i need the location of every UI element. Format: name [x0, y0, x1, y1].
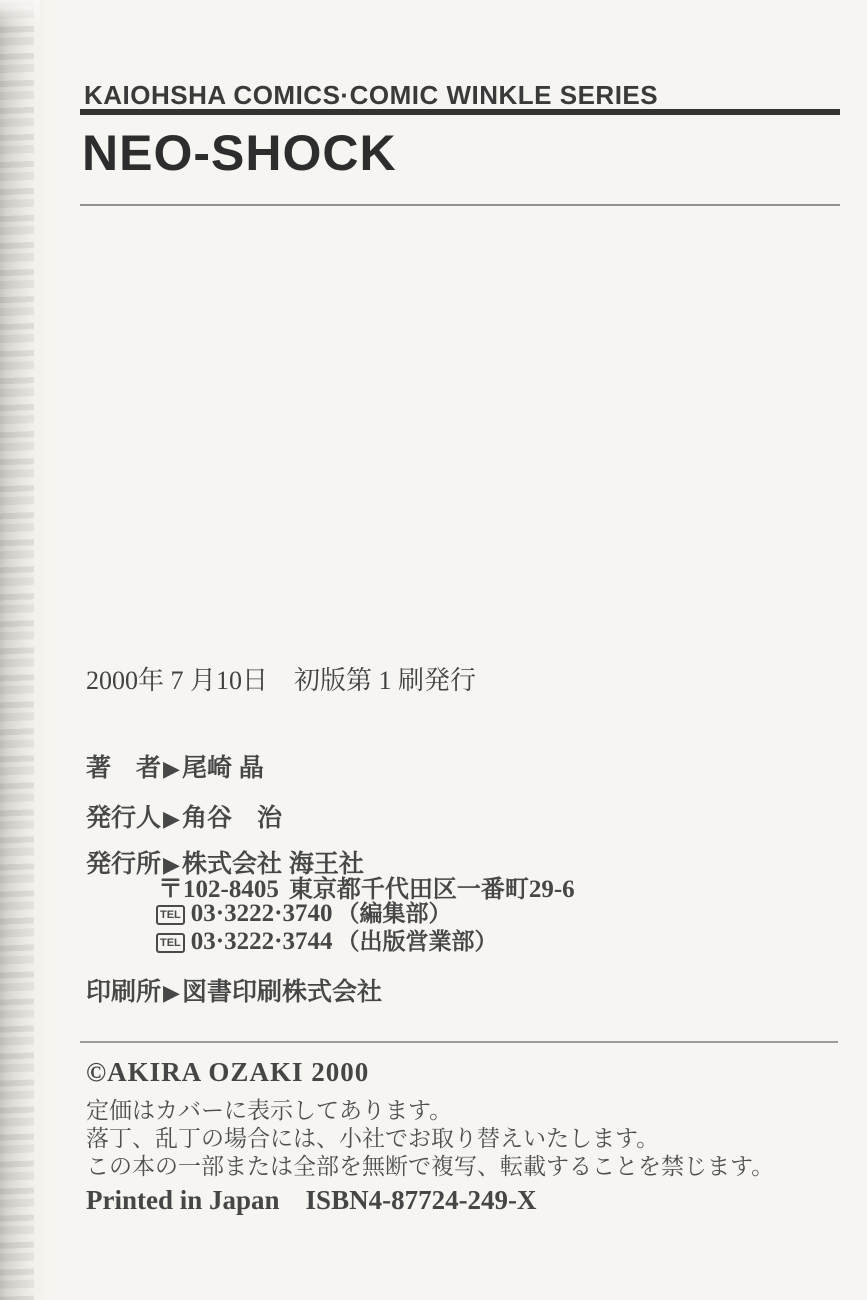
colophon-entry-author: 著 者▶尾崎 晶	[86, 748, 264, 784]
edition-date-line: 2000年 7 月10日 初版第 1 刷発行	[86, 660, 476, 697]
divider-thin	[80, 204, 840, 206]
phone-sales: TEL03·3222·3744（出版営業部）	[156, 923, 497, 956]
triangle-marker-icon: ▶	[161, 756, 182, 781]
series-label: KAIOHSHA COMICS·COMIC WINKLE SERIES	[84, 80, 658, 111]
entry-label: 発行所	[86, 850, 161, 878]
address-block-number: 29-6	[529, 876, 575, 903]
triangle-marker-icon: ▶	[161, 980, 182, 1005]
colophon-page: KAIOHSHA COMICS·COMIC WINKLE SERIES NEO-…	[0, 0, 867, 1300]
colophon-entry-publisher-person: 発行人▶角谷 治	[86, 798, 282, 834]
colophon-entry-printer: 印刷所▶図書印刷株式会社	[86, 972, 382, 1008]
reproduction-prohibited-notice: この本の一部または全部を無断で複写、転載することを禁じます。	[86, 1148, 774, 1181]
entry-value: 角谷 治	[182, 804, 282, 832]
divider-thick	[80, 109, 840, 115]
copyright-line: ©AKIRA OZAKI 2000	[86, 1057, 369, 1088]
entry-value: 尾崎 晶	[182, 754, 264, 782]
printed-in-isbn-line: Printed in JapanISBN4-87724-249-X	[86, 1185, 537, 1216]
book-title: NEO-SHOCK	[82, 124, 397, 182]
printed-in-japan: Printed in Japan	[86, 1185, 280, 1215]
entry-label: 著 者	[86, 754, 161, 782]
triangle-marker-icon: ▶	[161, 806, 182, 831]
entry-label: 発行人	[86, 804, 161, 832]
phone-number: 03·3222·3744	[191, 928, 333, 955]
isbn-number: ISBN4-87724-249-X	[306, 1185, 537, 1215]
entry-label: 印刷所	[86, 978, 161, 1006]
tel-icon: TEL	[156, 933, 185, 953]
phone-department: （出版営業部）	[336, 928, 497, 954]
entry-value: 図書印刷株式会社	[182, 978, 382, 1006]
divider-footer	[80, 1041, 838, 1043]
scanned-page-edge	[0, 0, 52, 1300]
